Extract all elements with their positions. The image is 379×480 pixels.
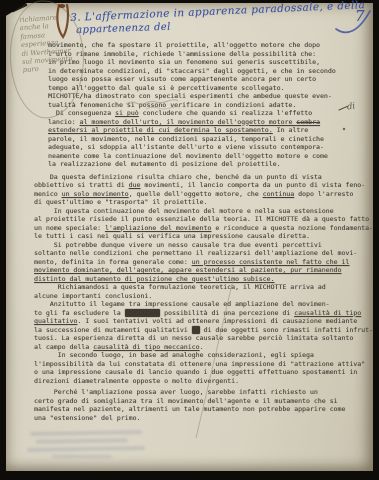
typed-paragraph: MICHOTTE/ha dimostrato con speciali espe… [48,92,370,109]
typed-line: obbiettivo si tratti di due movimenti, i… [34,181,370,190]
typed-paragraph: In secondo luogo, in base ad analoghe co… [34,351,370,385]
photo-corner-shadow-topleft [0,0,34,21]
typed-line: certo grado di somiglianza tra il movime… [34,397,370,406]
handwritten-heading-line2: appartenenza del [76,22,171,36]
typed-paragraph: Di conseguenza si può concludere che qua… [48,109,370,169]
handwritten-page-number: 7 [355,7,365,25]
typed-line: Perché l'ampliazione possa aver luogo, s… [34,388,370,397]
typed-line: Di conseguenza si può concludere che qua… [48,109,370,118]
typed-line: movimento, che fa spostare il proiettile… [48,41,370,50]
typed-line: adeguate, si sdoppia all'istante dell'ur… [48,143,370,152]
typed-line: direzioni diametralmente opposte o molto… [34,377,370,386]
ink-margin-mark: di [346,101,355,112]
typed-line: l'urto rimane immobile, richiede l'ammis… [48,50,370,59]
typed-line: neamente come la continuazione del movim… [48,152,370,161]
typed-paragraph: Perché l'ampliazione possa aver luogo, s… [34,388,370,422]
typed-line: al proiettile risiede il punto essenzial… [34,215,370,224]
handwritten-heading-line1: 3. L'affermazione in apparenza paradossa… [70,0,365,24]
typed-line: di quest'ultimo e "trasporta" il proiett… [34,198,370,207]
typed-line: tualità fenomeniche si possono verificar… [48,101,370,110]
typed-line: la successione di mutamenti qualitativi … [34,326,370,335]
typed-line: in determinate condizioni, di "staccarsi… [48,67,370,76]
typed-body: movimento, che fa spostare il proiettile… [34,41,370,422]
typed-line: Anzitutto il legame tra impressione caus… [34,300,370,309]
typed-line: distinto dal mutamento di posizione che … [34,275,370,284]
typed-paragraph: Da questa definizione risulta chiaro che… [34,173,370,207]
typed-paragraph: Richiamandosi a questa formulazione teor… [34,283,370,300]
typed-line: to gli fa escludere la xxxxxxxxx possibi… [34,309,370,318]
typed-line: al campo della causalità di tipo meccani… [34,343,370,352]
typed-paragraph: Si potrebbe dunque vivere un nesso causa… [34,241,370,284]
typed-line: manifesta nel paziente, altrimenti un ta… [34,405,370,414]
typed-paragraph: Anzitutto il legame tra impressione caus… [34,300,370,351]
typed-line: menico un solo movimento, quelle dell'og… [34,190,370,199]
typed-line: in primo luogo il movimento sia un fenom… [48,58,370,67]
typed-line: alcune importanti conclusioni. [34,292,370,301]
typed-line: tuosi. La esperienza diretta di un nesso… [34,334,370,343]
typed-line: In questa continuazione del movimento de… [34,207,370,216]
bleed-through-mark [30,430,142,436]
typed-line: le tutti i casi nei quali si verifica un… [34,232,370,241]
typed-line: Richiamandosi a questa formulazione teor… [34,283,370,292]
photo-corner-shadow-bottomright [363,468,379,480]
typed-line: mento, definita in forma generale come: … [34,258,370,267]
typed-line: movimento dominante, dell'agente, appare… [34,266,370,275]
typed-line: parole, il movimento, nelle condizioni s… [48,135,370,144]
typed-paragraph: movimento, che fa spostare il proiettile… [48,41,370,92]
typed-line: soltanto nelle condizioni che permettano… [34,249,370,258]
typed-line: In secondo luogo, in base ad analoghe co… [34,351,370,360]
typed-line: una "estensione" del primo. [34,414,370,423]
typed-line: qualitativo. I suoi tentativi volti ad o… [34,317,370,326]
bleed-through-mark [36,438,128,444]
typed-line: tempo all'oggetto dal quale si è percett… [48,84,370,93]
typed-line: un nome speciale: l'ampliazione del movi… [34,224,370,233]
typed-line: lancio: al momento dell'urto, il movimen… [48,118,370,127]
typed-line: la realizzazione del mutamento di posizi… [48,160,370,169]
typed-line: estendersi al proiettile di cui determin… [48,126,370,135]
typed-paragraph: In questa continuazione del movimento de… [34,207,370,241]
bleed-through-mark [52,455,112,458]
typed-line: Si potrebbe dunque vivere un nesso causa… [34,241,370,250]
typed-line: o una impressione causale di lancio quan… [34,368,370,377]
typed-line: l'impossibilità da lui constatata di ott… [34,360,370,369]
typescript-paper: movimento, che fa spostare il proiettile… [6,3,373,471]
typed-line: MICHOTTE/ha dimostrato con speciali espe… [48,92,370,101]
typed-line: Da questa definizione risulta chiaro che… [34,173,370,182]
bleed-through-mark [27,446,145,452]
scanned-page-photo: movimento, che fa spostare il proiettile… [0,0,379,480]
typed-line: luogo esso possa esser vissuto come appa… [48,75,370,84]
